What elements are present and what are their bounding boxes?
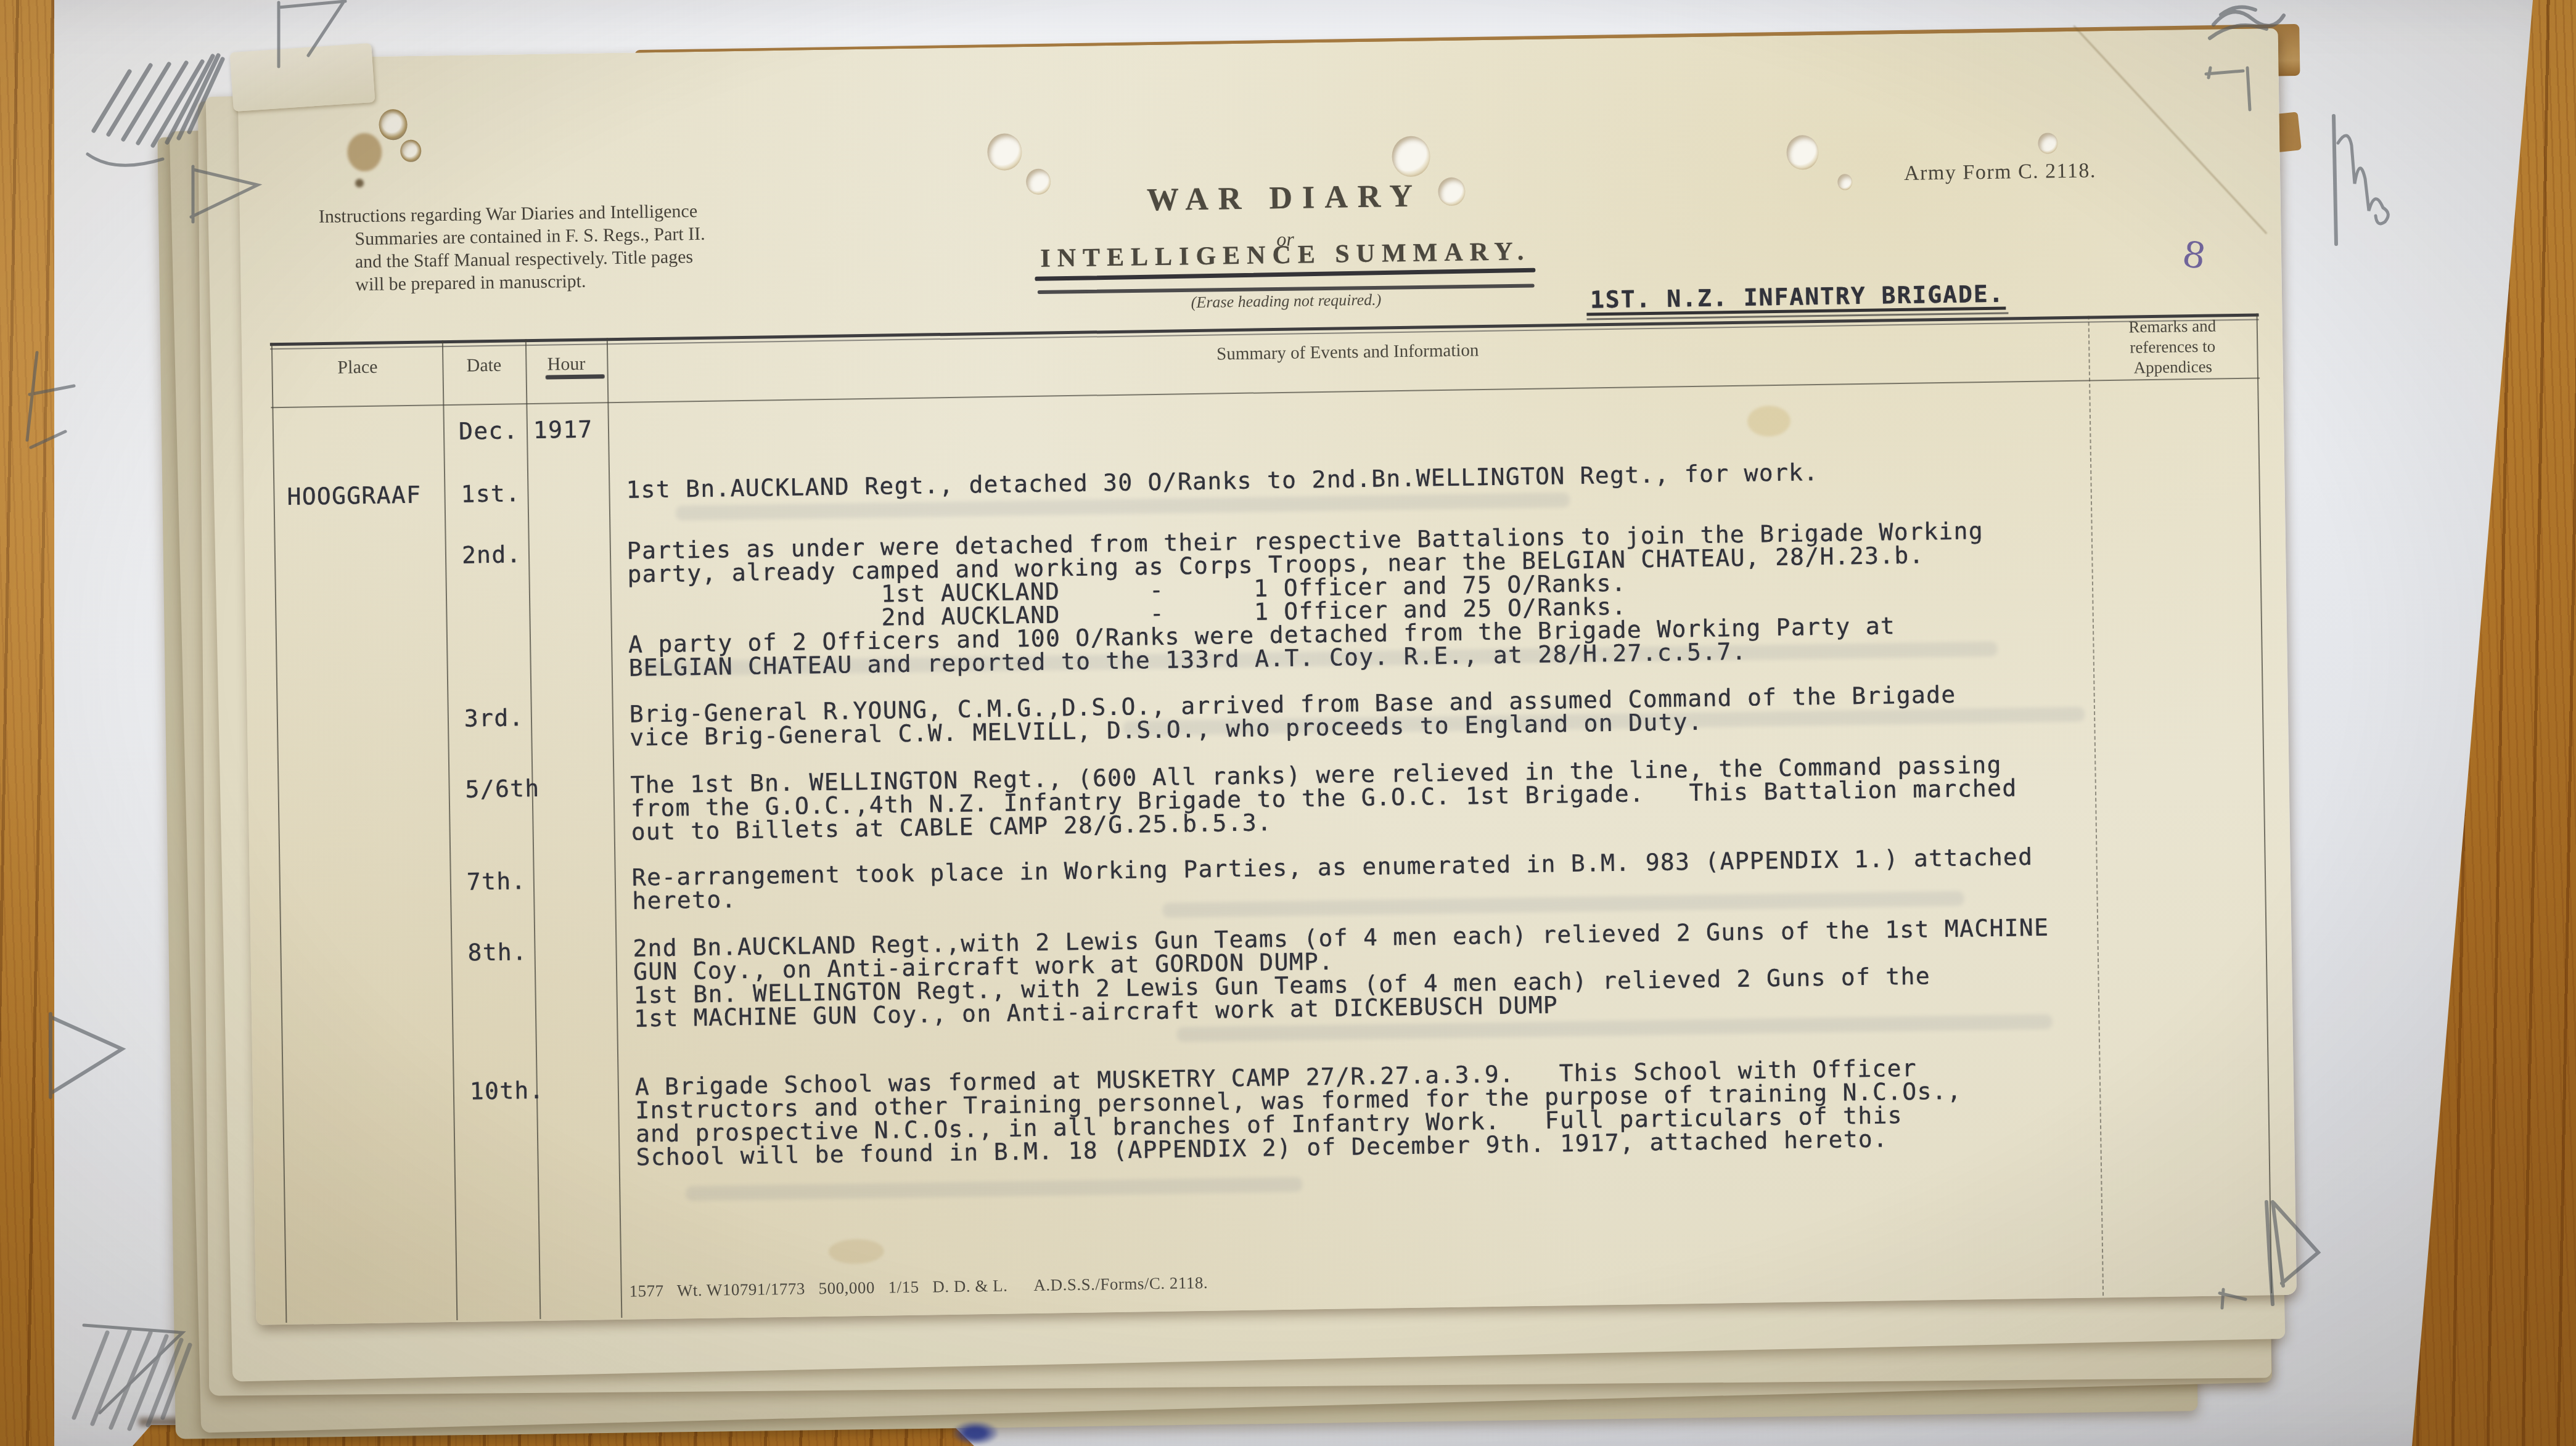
war-diary-page: Army Form C. 2118. Instructions regardin… (237, 28, 2297, 1325)
entry-date: 8th. (467, 938, 527, 966)
column-header-date: Date (442, 354, 525, 377)
table-column-rule (442, 340, 458, 1320)
entry-date: 7th. (467, 867, 527, 895)
punch-hole (2038, 133, 2058, 153)
entry-date: 1st. (461, 480, 520, 507)
table-column-rule (271, 343, 287, 1323)
table-column-rule (2088, 316, 2104, 1296)
header-underline-rule (271, 377, 2260, 408)
folded-corner (229, 43, 375, 112)
table-column-rule (2256, 313, 2272, 1293)
desk-photo: Army Form C. 2118. Instructions regardin… (0, 0, 2576, 1446)
punch-hole (987, 133, 1022, 171)
instructions-line: will be prepared in manuscript. (319, 268, 706, 296)
entry-date: 5/6th (465, 775, 540, 803)
column-header-hour: Hour (525, 353, 607, 375)
printer-imprint: 1577 Wt. W10791/1773 500,000 1/15 D. D. … (630, 1273, 1208, 1301)
entry-date: 2nd. (462, 541, 522, 568)
entry-date: 3rd. (464, 704, 524, 732)
punch-hole (1837, 174, 1852, 190)
punch-hole (1786, 135, 1819, 170)
blue-ink-smudge (953, 1421, 998, 1445)
army-form-number: Army Form C. 2118. (1904, 159, 2096, 186)
stain (829, 1239, 885, 1264)
erase-heading-note: (Erase heading not required.) (1101, 289, 1471, 313)
page-crease (2073, 25, 2267, 234)
punch-hole (1026, 168, 1051, 195)
bleed-through-text (686, 1177, 1302, 1201)
entry-date: 10th. (470, 1077, 545, 1105)
stain (347, 133, 382, 172)
table-column-rule (607, 338, 623, 1318)
column-header-place: Place (273, 356, 442, 379)
entry-text-line: 2nd Bn.AUCKLAND Regt.,with 2 Lewis Gun T… (633, 916, 2049, 960)
column-header-remarks: Remarks and references to Appendices (2088, 315, 2257, 378)
form-instructions: Instructions regarding War Diaries and I… (319, 200, 706, 296)
month-year: Dec. 1917 (459, 416, 593, 445)
entry-text-line: Re-arrangement took place in Working Par… (631, 845, 2033, 889)
punch-hole (400, 140, 422, 163)
entry-text-line: hereto. (632, 888, 737, 913)
entry-text-line: 1st Bn.AUCKLAND Regt., detached 30 O/Ran… (626, 460, 1819, 502)
table-column-rule (525, 339, 541, 1319)
place-entry: HOOGGRAAF (287, 481, 421, 510)
ink-annotation-8: 8 (2180, 232, 2209, 277)
remarks-line: Appendices (2089, 356, 2257, 378)
stain (1747, 406, 1791, 437)
punch-hole (379, 109, 408, 141)
form-title-war-diary: WAR DIARY (1099, 177, 1470, 219)
remarks-line: references to (2088, 335, 2257, 358)
remarks-line: Remarks and (2088, 315, 2257, 338)
punch-hole (1392, 136, 1430, 177)
hour-underline-mark (546, 374, 605, 379)
bleed-through-text (1162, 891, 1964, 918)
stain (355, 179, 364, 187)
